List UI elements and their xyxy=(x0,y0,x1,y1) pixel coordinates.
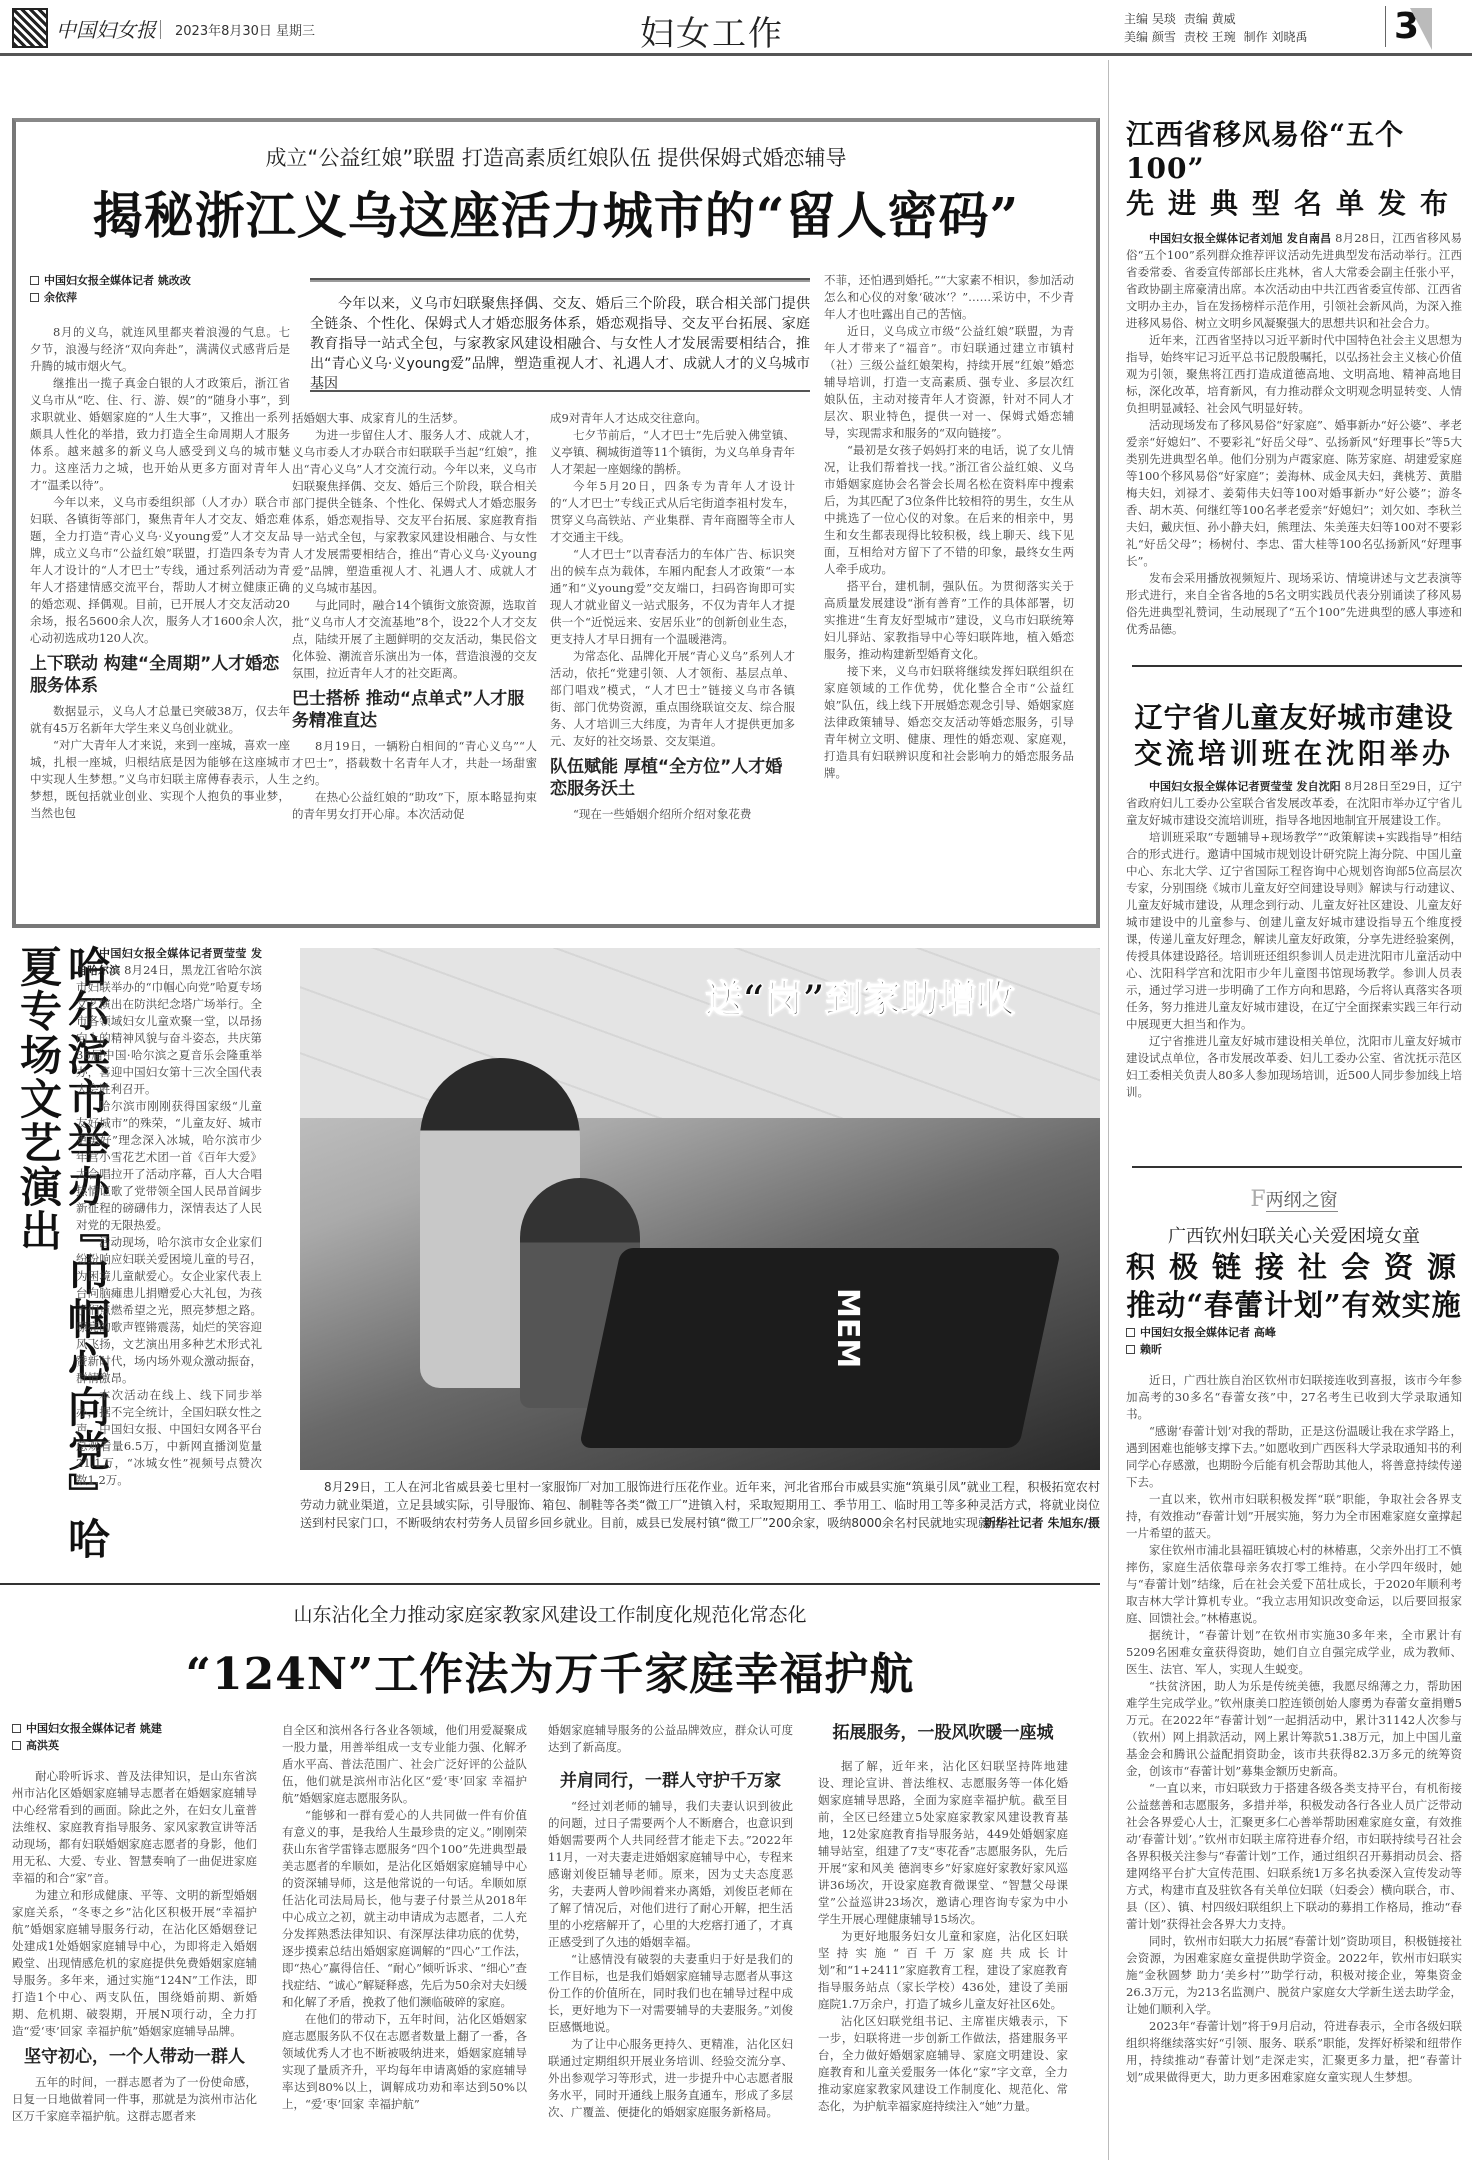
paragraph: 继推出一揽子真金白银的人才政策后，浙江省义乌市从“吃、住、行、游、娱”的“随身小… xyxy=(30,375,290,494)
byline: 中国妇女报全媒体记者贾莹莹 发自沈阳 xyxy=(1149,780,1341,793)
issue-date: 2023年8月30日 星期三 xyxy=(160,20,315,39)
paragraph: 培训班采取“专题辅导+现场教学”“政策解读+实践指导”相结合的形式进行。邀请中国… xyxy=(1126,829,1462,1033)
paragraph: 今年5月20日，四条专为青年人才设计的“人才巴士”专线正式从后宅街道李祖村发车，… xyxy=(550,478,795,546)
article-zhanhua-col4: 拓展服务，一股风吹暖一座城 据了解，近年来，沾化区妇联坚持阵地建设、理论宣讲、普… xyxy=(818,1722,1068,2115)
paragraph: 搭平台，建机制，强队伍。为贯彻落实关于高质量发展建设“浙有善育”工作的具体部署，… xyxy=(824,578,1074,663)
paragraph: 为更好地服务妇女儿童和家庭，沾化区妇联坚持实施“百千万家庭共成长计划”和“1+2… xyxy=(818,1928,1068,2013)
byline: 中国妇女报全媒体记者 姚建 xyxy=(12,1720,257,1737)
byline-secondary: 余依萍 xyxy=(30,289,290,306)
article-zhanhua-col2: 自全区和滨州各行各业各领域，他们用爱凝聚成一股力量，用善举组成一支专业能力强、化… xyxy=(282,1722,527,2113)
page-corner-triangle xyxy=(1410,8,1432,50)
paragraph: “感谢‘春蕾计划’对我的帮助，正是这份温暖让我在求学路上，遇到困难也能够支撑下去… xyxy=(1126,1423,1462,1491)
paragraph: 耐心聆听诉求、普及法律知识，是山东省滨州市沾化区婚姻家庭辅导志愿者在婚姻家庭辅导… xyxy=(12,1768,257,1887)
subheading: 坚守初心，一个人带动一群人 xyxy=(12,2046,257,2068)
byline-secondary: 赖昕 xyxy=(1126,1341,1462,1358)
article-yiwu: 成立“公益红娘”联盟 打造高素质红娘队伍 提供保姆式婚恋辅导 揭秘浙江义乌这座活… xyxy=(12,118,1100,928)
paragraph: “现在一些婚姻介绍所介绍对象花费 xyxy=(550,806,795,823)
paragraph: 数据显示，义乌人才总量已突破38万，仅去年就有45万名新年大学生来义乌创业就业。 xyxy=(30,703,290,737)
checkbox-square-icon xyxy=(1126,1328,1135,1337)
paragraph: 8月24日，黑龙江省哈尔滨市妇联举办的“巾帼心向党”哈夏专场文艺演出在防洪纪念塔… xyxy=(76,963,262,1096)
credit-editor: 责编 黄威 xyxy=(1184,12,1236,26)
article-zhanhua-col1: 中国妇女报全媒体记者 姚建 高洪英 耐心聆听诉求、普及法律知识，是山东省滨州市沾… xyxy=(12,1720,257,2125)
paragraph: 哈尔滨市刚刚获得国家级“儿童友好城市”的殊荣，“儿童友好、城市更美好”理念深入冰… xyxy=(76,1098,262,1234)
checkbox-square-icon xyxy=(12,1741,21,1750)
machine-brand-label: MEM xyxy=(830,1288,865,1368)
paragraph: 接下来，义乌市妇联将继续发挥妇联组织在家庭领域的工作优势，优化整合全市“公益红娘… xyxy=(824,663,1074,782)
article-liaoning: 辽宁省儿童友好城市建设 交流培训班在沈阳举办 中国妇女报全媒体记者贾莹莹 发自沈… xyxy=(1126,700,1462,1101)
page-header: 中国妇女报 2023年8月30日 星期三 妇女工作 主编 吴琰责编 黄威 美编 … xyxy=(0,0,1472,56)
section-divider xyxy=(0,1583,1100,1585)
article-zhanhua-col3: 婚姻家庭辅导服务的公益品牌效应，群众认可度达到了新高度。 并肩同行，一群人守护千… xyxy=(548,1722,793,2121)
photo-title: 送“岗”到家助增收 xyxy=(705,968,1015,1023)
paragraph: “经过刘老师的辅导，我们夫妻认识到彼此的问题，过日子需要两个人不断磨合，也意识到… xyxy=(548,1798,793,1951)
paragraph: 辽宁省推进儿童友好城市建设相关单位，沈阳市儿童友好城市建设试点单位，各市发展改革… xyxy=(1126,1033,1462,1101)
section-divider xyxy=(1132,665,1462,667)
column-divider xyxy=(1108,60,1109,2160)
paragraph: 不菲，还怕遇到婚托。”“大家素不相识，参加活动怎么和心仪的对象‘破冰’？”……采… xyxy=(824,272,1074,323)
paragraph: 为建立和形成健康、平等、文明的新型婚姻家庭关系，“冬枣之乡”沾化区积极开展“幸福… xyxy=(12,1887,257,2040)
lede-rule-dark xyxy=(310,278,810,280)
article-headline: 辽宁省儿童友好城市建设 xyxy=(1126,700,1462,736)
credit-producer: 制作 刘晓禹 xyxy=(1244,30,1308,44)
paragraph: 同时，钦州市妇联大力拓展“春蕾计划”资助项目，积极链接社会资源，为困难家庭女童提… xyxy=(1126,1933,1462,2018)
article-kicker: 广西钦州妇联关心关爱困境女童 xyxy=(1126,1222,1462,1248)
subheading: 队伍赋能 厚植“全方位”人才婚恋服务沃土 xyxy=(550,756,795,800)
paragraph: 据了解，近年来，沾化区妇联坚持阵地建设、理论宣讲、普法维权、志愿服务等一体化婚姻… xyxy=(818,1758,1068,1928)
credit-art-editor: 美编 颜雪 xyxy=(1124,30,1176,44)
qr-code-icon xyxy=(12,8,48,48)
article-jiangxi: 江西省移风易俗“五个100” 先进典型名单发布 中国妇女报全媒体记者刘旭 发自南… xyxy=(1126,118,1462,638)
credit-proofreader: 责校 王琬 xyxy=(1184,30,1236,44)
paragraph: 发布会采用播放视频短片、现场采访、情境讲述与文艺表演等形式进行，来自全省各地的5… xyxy=(1126,570,1462,638)
article-headline: 揭秘浙江义乌这座活力城市的“留人密码” xyxy=(16,184,1096,248)
subheading: 拓展服务，一股风吹暖一座城 xyxy=(818,1722,1068,1744)
paragraph: 一直以来，钦州市妇联积极发挥“联”职能，争取社会各界支持，有效推动“春蕾计划”开… xyxy=(1126,1491,1462,1542)
paragraph: “对广大青年人才来说，来到一座城，喜欢一座城，扎根一座城，归根结底是因为能够在这… xyxy=(30,737,290,822)
checkbox-square-icon xyxy=(1126,1345,1135,1354)
paragraph: 家住钦州市浦北县福旺镇坡心村的林椿惠，父亲外出打工不慎摔伤，家庭生活依靠母亲务农… xyxy=(1126,1542,1462,1627)
paragraph: 8月19日，一辆粉白相间的“青心义乌”“人才巴士”，搭载数十名青年人才，共赴一场… xyxy=(292,738,537,789)
section-title: 妇女工作 xyxy=(640,6,784,55)
section-divider xyxy=(1132,1166,1462,1168)
paragraph: 七夕节前后，“人才巴士”先后驶入佛堂镇、义亭镇、稠城街道等11个镇街，为义乌单身… xyxy=(550,427,795,478)
paragraph: 沾化区妇联党组书记、主席崔庆娥表示，下一步，妇联将进一步创新工作做法，搭建服务平… xyxy=(818,2013,1068,2115)
news-photo: MEM 送“岗”到家助增收 xyxy=(300,948,1100,1470)
paragraph: 成9对青年人才达成交往意向。 xyxy=(550,410,795,427)
paragraph: 近日，义乌成立市级“公益红娘”联盟，为青年人才带来了“福音”。市妇联通过建立市镇… xyxy=(824,323,1074,442)
paragraph: 活动现场发布了移风易俗“好家庭”、婚事新办“好公婆”、孝老爱亲“好媳妇”、不要彩… xyxy=(1126,417,1462,570)
paragraph: 据统计，“春蕾计划”在钦州市实施30多年来，全市累计有5209名困难女童获得资助… xyxy=(1126,1627,1462,1678)
paragraph: “人才巴士”以青春活力的车体广告、标识突出的候车点为载体，车厢内配套人才政策“一… xyxy=(550,546,795,648)
paragraph: 2023年“春蕾计划”将于9月启动，符进春表示，全市各级妇联组织将继续落实好“引… xyxy=(1126,2018,1462,2086)
lede-divider xyxy=(310,390,810,392)
article-headline: 江西省移风易俗“五个100” xyxy=(1126,118,1462,186)
paragraph: 近年来，江西省坚持以习近平新时代中国特色社会主义思想为指导，始终牢记习近平总书记… xyxy=(1126,332,1462,417)
article-headline-line2: 推动“春蕾计划”有效实施 xyxy=(1126,1286,1462,1324)
checkbox-square-icon xyxy=(30,276,39,285)
article-headline-line2: 先进典型名单发布 xyxy=(1126,186,1462,222)
photo-caption-block: 8月29日，工人在河北省威县姜七里村一家服饰厂对加工服饰进行压花作业。近年来，河… xyxy=(300,1478,1100,1531)
paragraph: 在他们的带动下，五年时间，沾化区婚姻家庭志愿服务队不仅在志愿者数量上翻了一番，各… xyxy=(282,2011,527,2113)
newspaper-logo: 中国妇女报 xyxy=(56,14,156,43)
paragraph: 8月28日，江西省移风易俗“五个100”系列群众推荐评议活动先进典型发布活动举行… xyxy=(1126,231,1462,330)
checkbox-square-icon xyxy=(30,293,39,302)
paragraph: 为了让中心服务更持久、更精准，沾化区妇联通过定期组织开展业务培训、经验交流分享、… xyxy=(548,2036,793,2121)
article-headline-line2: 交流培训班在沈阳举办 xyxy=(1126,736,1462,772)
article-kicker: 成立“公益红娘”联盟 打造高素质红娘队伍 提供保姆式婚恋辅导 xyxy=(16,142,1096,172)
paragraph: 近日，广西壮族自治区钦州市妇联接连收到喜报，该市今年参加高考的30多名“春蕾女孩… xyxy=(1126,1372,1462,1423)
paragraph: “一直以来，市妇联致力于搭建各级各类支持平台，有机衔接公益慈善和志愿服务，多措并… xyxy=(1126,1780,1462,1933)
paragraph: 8月的义乌，就连风里都夹着浪漫的气息。七夕节，浪漫与经济“双向奔赴”，满满仪式感… xyxy=(30,324,290,375)
paragraph: “能够和一群有爱心的人共同做一件有价值有意义的事，是我给人生最珍贵的定义。”刚刚… xyxy=(282,1807,527,2011)
paragraph: 在热心公益红娘的“助攻”下，原本略显拘束的青年男女打开心扉。本次活动促 xyxy=(292,789,537,823)
paragraph: “最初是女孩子妈妈打来的电话，说了女儿情况，让我们帮着找一找。”浙江省公益红娘、… xyxy=(824,442,1074,578)
article-harbin: 中国妇女报全媒体记者贾莹莹 发自哈尔滨 8月24日，黑龙江省哈尔滨市妇联举办的“… xyxy=(76,945,262,1489)
paragraph: 本次活动在线上、线下同步举办，据不完全统计，全国妇联女性之声、中国妇女报、中国妇… xyxy=(76,1387,262,1489)
byline: 中国妇女报全媒体记者 高峰 xyxy=(1126,1324,1462,1341)
paragraph: 五年的时间，一群志愿者为了一份使命感，日复一日地做着同一件事，那就是为滨州市沾化… xyxy=(12,2074,257,2125)
column-label: F两纲之窗 xyxy=(1126,1186,1462,1212)
credit-chief-editor: 主编 吴琰 xyxy=(1124,12,1176,26)
paragraph: 为进一步留住人才、服务人才、成就人才，义乌市委人才办联合市妇联联手当起“红娘”，… xyxy=(292,427,537,597)
photo-caption: 8月29日，工人在河北省威县姜七里村一家服饰厂对加工服饰进行压花作业。近年来，河… xyxy=(300,1478,1100,1532)
paragraph: “让感情没有破裂的夫妻重归于好是我们的工作目标，也是我们婚姻家庭辅导志愿者从事这… xyxy=(548,1951,793,2036)
subheading: 并肩同行，一群人守护千万家 xyxy=(548,1770,793,1792)
paragraph: 今年以来，义乌市委组织部（人才办）联合市妇联、各镇街等部门，聚焦青年人才交友、婚… xyxy=(30,494,290,647)
subheading: 上下联动 构建“全周期”人才婚恋服务体系 xyxy=(30,653,290,697)
paragraph: 与此同时，融合14个镇街文旅资源，选取首批“义乌市人才交流基地”8个，设22个人… xyxy=(292,597,537,682)
subheading: 巴士搭桥 推动“点单式”人才服务精准直达 xyxy=(292,688,537,732)
paragraph: 自全区和滨州各行各业各领域，他们用爱凝聚成一股力量，用善举组成一支专业能力强、化… xyxy=(282,1722,527,1807)
heat-press-machine xyxy=(579,1248,1062,1448)
article-headline: “124N”工作法为万千家庭幸福护航 xyxy=(0,1645,1100,1705)
editorial-credits: 主编 吴琰责编 黄威 美编 颜雪责校 王琬制作 刘晓禹 xyxy=(1124,10,1315,46)
paragraph: 活动现场，哈尔滨市女企业家们纷纷响应妇联关爱困境儿童的号召，为困境儿童献爱心。女… xyxy=(76,1234,262,1387)
paragraph: 括婚姻大事、成家育儿的生活梦。 xyxy=(292,410,537,427)
article-lede: 今年以来，义乌市妇联聚焦择偶、交友、婚后三个阶段，联合相关部门提供全链条、个性化… xyxy=(310,294,810,394)
paragraph: 为常态化、品牌化开展“青心义乌”系列人才活动，依托“党建引领、人才领衔、基层点单… xyxy=(550,648,795,750)
article-headline: 积极链接社会资源 xyxy=(1126,1248,1462,1286)
checkbox-square-icon xyxy=(12,1724,21,1733)
byline: 中国妇女报全媒体记者刘旭 发自南昌 xyxy=(1149,232,1331,245)
byline-secondary: 高洪英 xyxy=(12,1737,257,1754)
paragraph: 婚姻家庭辅导服务的公益品牌效应，群众认可度达到了新高度。 xyxy=(548,1722,793,1756)
byline: 中国妇女报全媒体记者 姚改改 xyxy=(30,272,290,289)
article-kicker: 山东沾化全力推动家庭家教家风建设工作制度化规范化常态化 xyxy=(0,1600,1100,1627)
paragraph: “扶贫济困，助人为乐是传统美德，我愿尽绵薄之力，帮助困难学生完成学业。”钦州康美… xyxy=(1126,1678,1462,1780)
article-guangxi: F两纲之窗 广西钦州妇联关心关爱困境女童 积极链接社会资源 推动“春蕾计划”有效… xyxy=(1126,1186,1462,2086)
column-logo-icon: F xyxy=(1250,1187,1265,1212)
